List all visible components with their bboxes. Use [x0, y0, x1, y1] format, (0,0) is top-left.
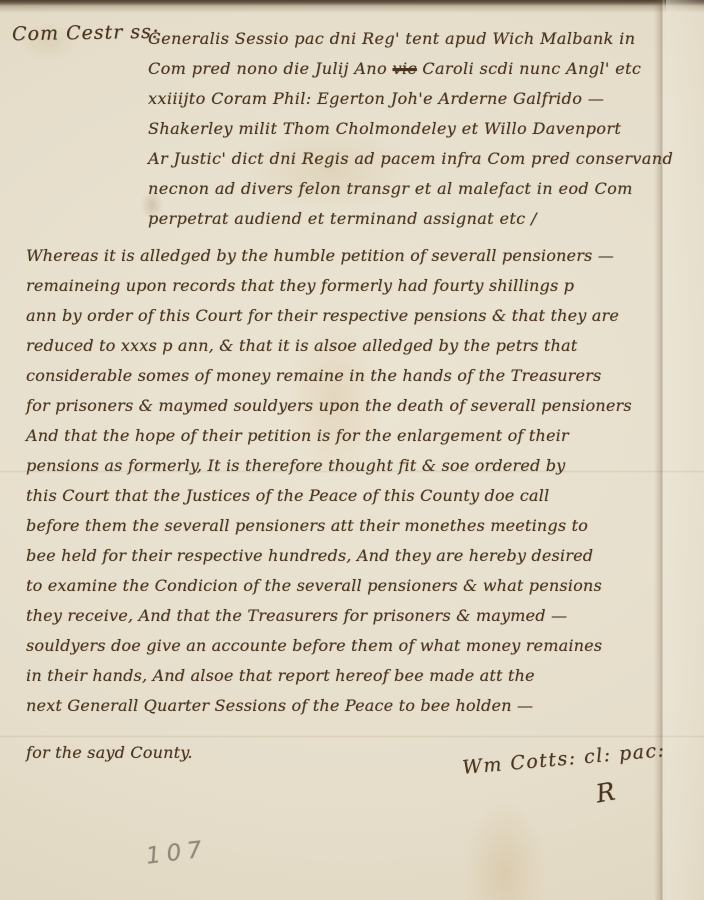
manuscript-line: before them the severall pensioners att …: [26, 511, 681, 541]
manuscript-line: bee held for their respective hundreds, …: [26, 541, 681, 571]
line-text: Com pred nono die Julij Ano: [148, 59, 392, 78]
manuscript-line: for prisoners & maymed souldyers upon th…: [26, 391, 681, 421]
manuscript-line: to examine the Condicion of the severall…: [26, 571, 681, 601]
manuscript-line: xxiiijto Coram Phil: Egerton Joh'e Arder…: [148, 84, 673, 114]
manuscript-line: Ar Justic' dict dni Regis ad pacem infra…: [148, 144, 673, 174]
manuscript-line: next Generall Quarter Sessions of the Pe…: [26, 691, 681, 721]
manuscript-line: they receive, And that the Treasurers fo…: [26, 601, 681, 631]
manuscript-line: this Court that the Justices of the Peac…: [26, 481, 681, 511]
order-body-block: Whereas it is alledged by the humble pet…: [26, 241, 681, 768]
struck-word: vic: [392, 59, 416, 78]
manuscript-scan: Com Cestr ss: Generalis Sessio pac dni R…: [0, 0, 704, 900]
manuscript-line: Com pred nono die Julij Ano vic Caroli s…: [148, 54, 673, 84]
manuscript-line: Shakerley milit Thom Cholmondeley et Wil…: [148, 114, 673, 144]
manuscript-line: Whereas it is alledged by the humble pet…: [26, 241, 681, 271]
manuscript-line: souldyers doe give an accounte before th…: [26, 631, 681, 661]
manuscript-line: pensions as formerly, It is therefore th…: [26, 451, 681, 481]
manuscript-line: remaineing upon records that they former…: [26, 271, 681, 301]
latin-heading-block: Generalis Sessio pac dni Reg' tent apud …: [148, 24, 673, 234]
manuscript-line: reduced to xxxs p ann, & that it is also…: [26, 331, 681, 361]
manuscript-line: necnon ad divers felon transgr et al mal…: [148, 174, 673, 204]
manuscript-line: And that the hope of their petition is f…: [26, 421, 681, 451]
county-margin-heading: Com Cestr ss:: [12, 21, 160, 46]
line-text: Caroli scdi nunc Angl' etc: [417, 59, 641, 78]
manuscript-line: ann by order of this Court for their res…: [26, 301, 681, 331]
manuscript-line: considerable somes of money remaine in t…: [26, 361, 681, 391]
manuscript-line: perpetrat audiend et terminand assignat …: [148, 204, 673, 234]
manuscript-line: Generalis Sessio pac dni Reg' tent apud …: [148, 24, 673, 54]
manuscript-line: in their hands, And alsoe that report he…: [26, 661, 681, 691]
paper-top-edge: [0, 0, 704, 13]
